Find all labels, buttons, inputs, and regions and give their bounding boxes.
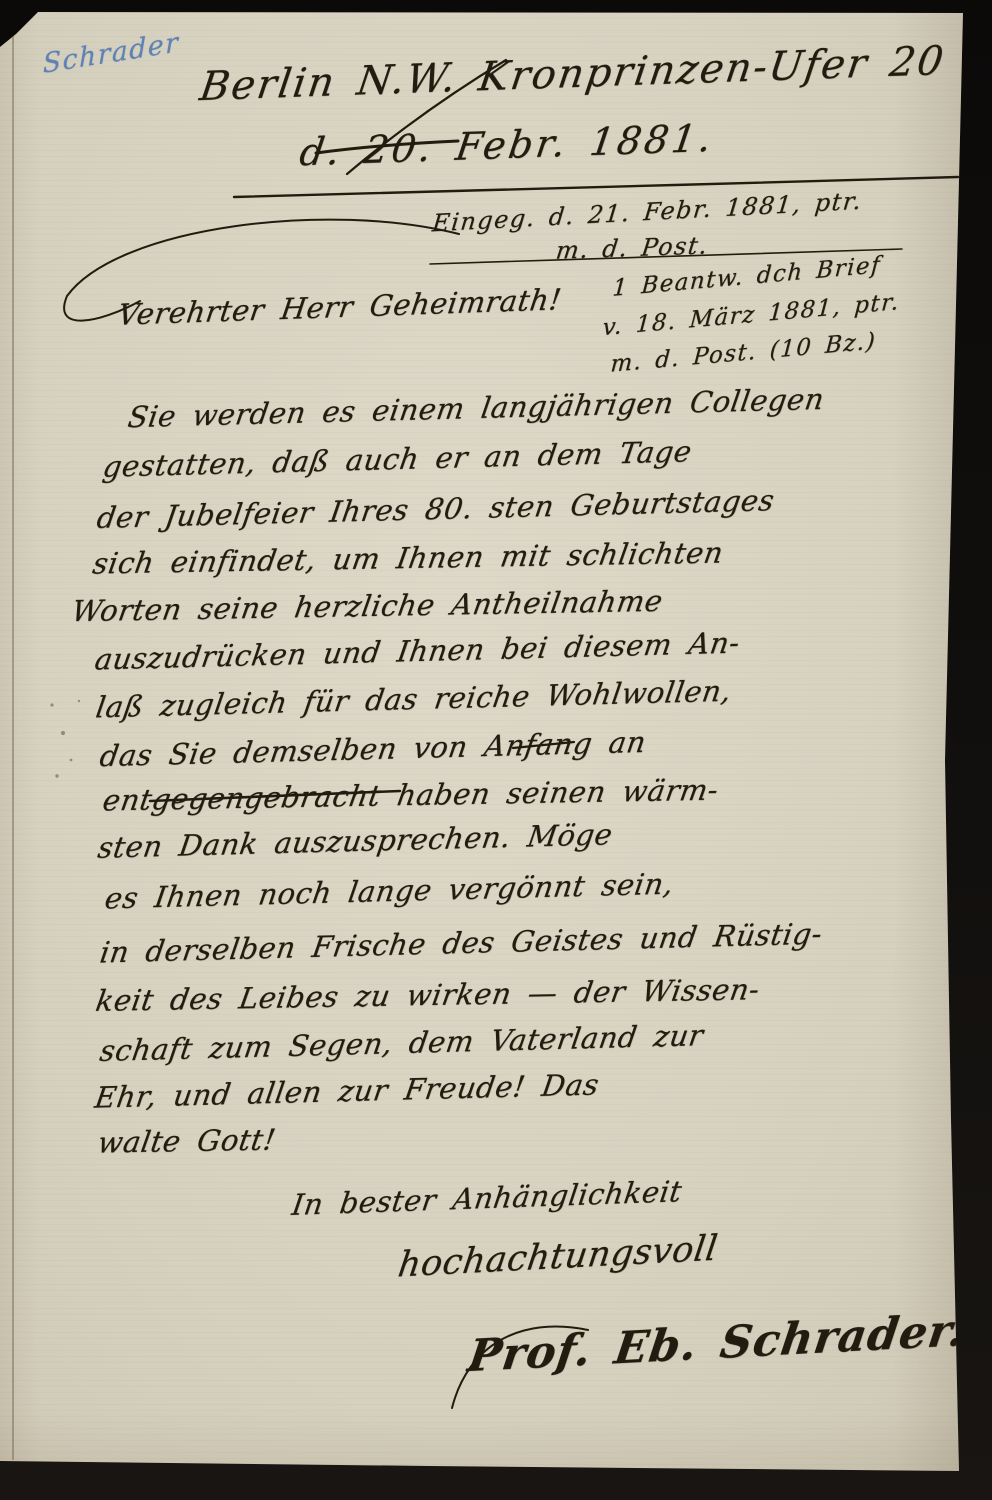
body-line: entgegengebracht haben seinen wärm-	[101, 776, 721, 816]
registry-received-line-1: Eingeg. d. 21. Febr. 1881, ptr.	[431, 189, 864, 236]
salutation: Verehrter Herr Geheimrath!	[116, 285, 563, 330]
body-line: Sie werden es einem langjährigen College…	[126, 385, 826, 432]
body-line: der Jubelfeier Ihres 80. sten Geburtstag…	[95, 486, 776, 533]
body-line: sich einfindet, um Ihnen mit schlichten	[91, 538, 726, 578]
body-line: Ehr, und allen zur Freude! Das	[93, 1070, 601, 1112]
body-line: laß zugleich für das reiche Wohlwollen,	[94, 677, 733, 723]
letterhead-address: Berlin N.W. Kronprinzen-Ufer 20	[197, 41, 947, 107]
signature: Prof. Eb. Schrader.	[465, 1309, 968, 1379]
letter-page: Schrader Berlin N.W. Kronprinzen-Ufer 20…	[0, 0, 992, 1500]
registry-answered-line-3: m. d. Post. (10 Bz.)	[610, 330, 877, 376]
valediction-line-1: In bester Anhänglichkeit	[290, 1177, 684, 1220]
archivist-annotation: Schrader	[43, 27, 180, 80]
body-line: Worten seine herzliche Antheilnahme	[70, 587, 665, 626]
letterhead-date: d. 20. Febr. 1881.	[297, 119, 716, 172]
body-line: sten Dank auszusprechen. Möge	[96, 820, 615, 863]
valediction-line-2: hochachtungsvoll	[396, 1231, 720, 1283]
registry-received-line-2: m. d. Post.	[555, 233, 710, 262]
body-line: in derselben Frische des Geistes und Rüs…	[98, 919, 824, 967]
body-line: schaft zum Segen, dem Vaterland zur	[98, 1021, 705, 1066]
body-line: gestatten, daß auch er an dem Tage	[101, 437, 694, 482]
body-line: auszudrücken und Ihnen bei diesem An-	[93, 629, 742, 675]
scan-background: Schrader Berlin N.W. Kronprinzen-Ufer 20…	[0, 0, 992, 1500]
body-line: das Sie demselben von Anfang an	[98, 728, 648, 771]
fold-speckles	[50, 700, 80, 778]
body-line: walte Gott!	[96, 1125, 278, 1157]
body-line: es Ihnen noch lange vergönnt sein,	[103, 869, 676, 913]
body-line: keit des Leibes zu wirken — der Wissen-	[94, 975, 762, 1016]
